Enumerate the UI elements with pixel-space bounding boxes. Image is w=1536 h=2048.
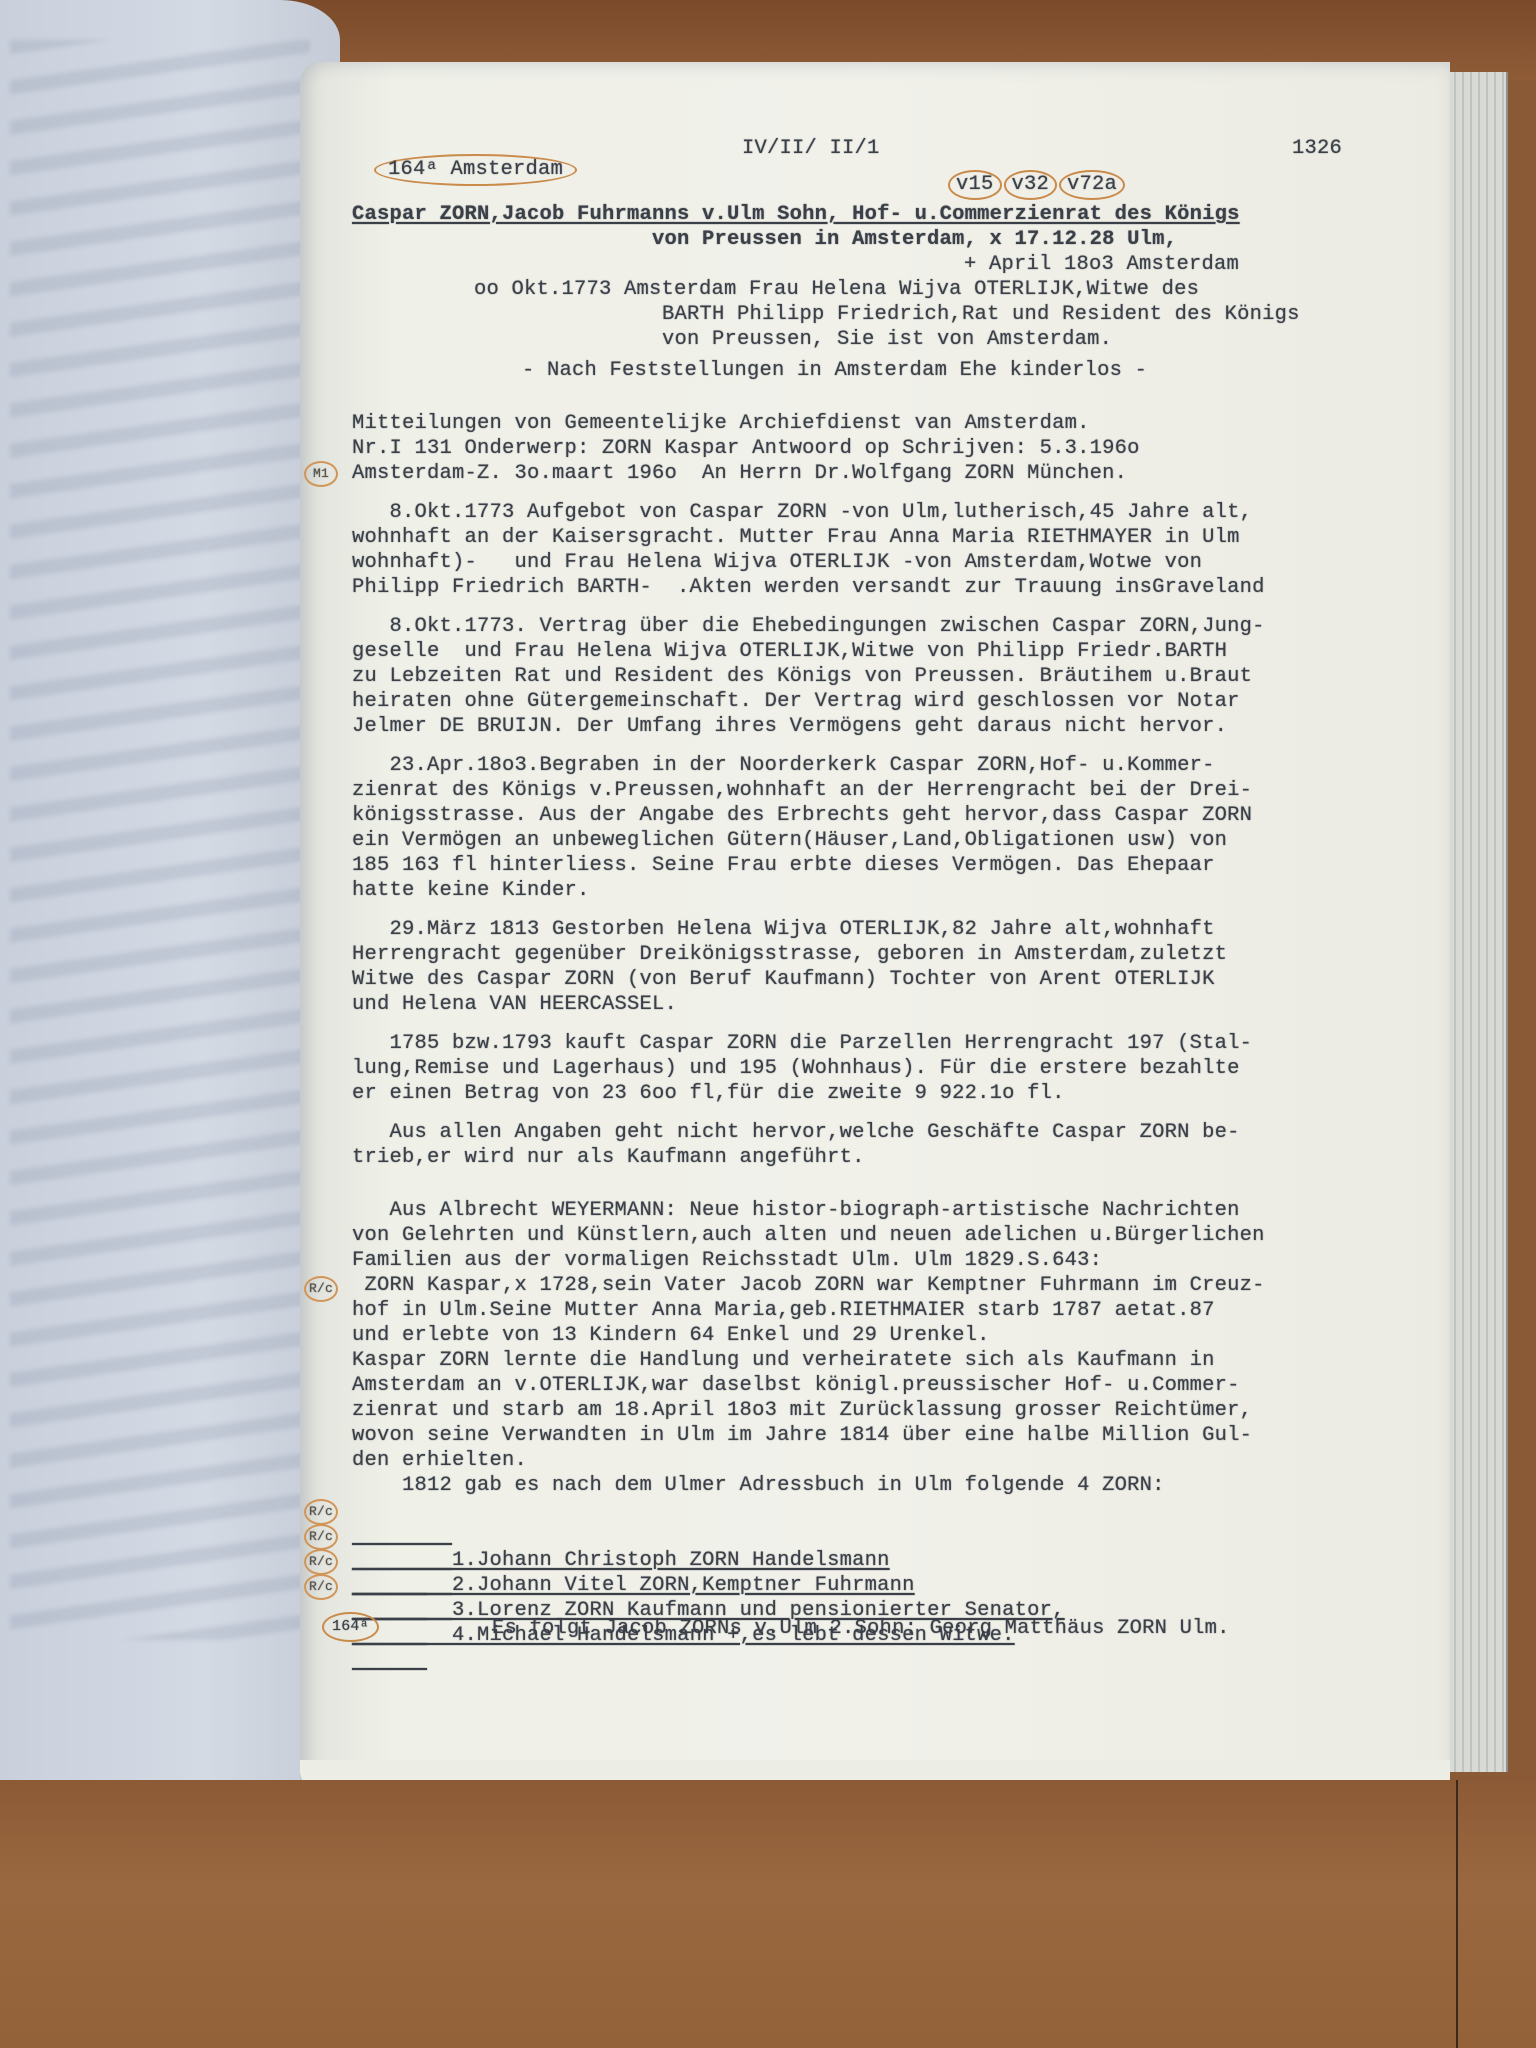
- paragraph-gestorben: 29.März 1813 Gestorben Helena Wijva OTER…: [352, 917, 1442, 1017]
- text-line: 185 163 fl hinterliess. Seine Frau erbte…: [352, 853, 1442, 878]
- reference-code: IV/II/ II/1: [742, 136, 880, 161]
- text-line: Witwe des Caspar ZORN (von Beruf Kaufman…: [352, 967, 1442, 992]
- text-line: zienrat des Königs v.Preussen,wohnhaft a…: [352, 778, 1442, 803]
- text-line: wohnhaft)- und Frau Helena Wijva OTERLIJ…: [352, 550, 1442, 575]
- archive-line: Mitteilungen von Gemeentelijke Archiefdi…: [352, 411, 1442, 436]
- text-line: lung,Remise und Lagerhaus) und 195 (Wohn…: [352, 1056, 1442, 1081]
- footer-text: Es folgt Jacob ZORNs v.Ulm 2.Sohn: Georg…: [492, 1616, 1230, 1641]
- version-mark: v15: [948, 170, 1002, 200]
- paragraph-begraben: 23.Apr.18o3.Begraben in der Noorderkerk …: [352, 753, 1442, 903]
- text-line: Amsterdam an v.OTERLIJK,war daselbst kön…: [352, 1373, 1442, 1398]
- paragraph-aufgebot: 8.Okt.1773 Aufgebot von Caspar ZORN -von…: [352, 500, 1442, 600]
- list-item: R/c 2.Johann Vitel ZORN,Kemptner Fuhrman…: [352, 1523, 1442, 1548]
- text-line: trieb,er wird nur als Kaufmann angeführt…: [352, 1145, 1442, 1170]
- text-line: Aus allen Angaben geht nicht hervor,welc…: [352, 1120, 1442, 1145]
- margin-mark: R/c: [304, 1524, 338, 1550]
- left-page-bleed-text: [10, 40, 310, 1640]
- archive-line: Nr.I 131 Onderwerp: ZORN Kaspar Antwoord…: [352, 436, 1442, 461]
- text-line: 29.März 1813 Gestorben Helena Wijva OTER…: [352, 917, 1442, 942]
- text-line: Aus Albrecht WEYERMANN: Neue histor-biog…: [352, 1198, 1442, 1223]
- page-number: 1326: [1292, 136, 1342, 161]
- archive-line: Amsterdam-Z. 3o.maart 196o An Herrn Dr.W…: [352, 461, 1442, 486]
- version-marks: v15v32v72a: [948, 170, 1442, 202]
- text-line: hatte keine Kinder.: [352, 878, 1442, 903]
- archive-block: M1 Mitteilungen von Gemeentelijke Archie…: [352, 411, 1442, 486]
- adressbuch-intro: 1812 gab es nach dem Ulmer Adressbuch in…: [352, 1473, 1442, 1498]
- list-item: R/c 4.Michael Handelsmann +,es lebt dess…: [352, 1573, 1442, 1598]
- page-edges: [1440, 72, 1508, 1772]
- text-line: Jelmer DE BRUIJN. Der Umfang ihres Vermö…: [352, 714, 1442, 739]
- text-line: heiraten ohne Gütergemeinschaft. Der Ver…: [352, 689, 1442, 714]
- text-line: zu Lebzeiten Rat und Resident des Königs…: [352, 664, 1442, 689]
- entry-label: 164ᵃ Amsterdam: [374, 154, 577, 186]
- typed-document: IV/II/ II/1 1326 164ᵃ Amsterdam v15v32v7…: [352, 130, 1442, 1642]
- margin-mark: R/c: [304, 1499, 338, 1525]
- paragraph-vertrag: 8.Okt.1773. Vertrag über die Ehebedingun…: [352, 614, 1442, 739]
- text-line: 1785 bzw.1793 kauft Caspar ZORN die Parz…: [352, 1031, 1442, 1056]
- text-line: wovon seine Verwandten in Ulm im Jahre 1…: [352, 1423, 1442, 1448]
- footer-line: 164ᵃ Es folgt Jacob ZORNs v.Ulm 2.Sohn: …: [352, 1612, 1442, 1642]
- text-line: zienrat und starb am 18.April 18o3 mit Z…: [352, 1398, 1442, 1423]
- text-line: wohnhaft an der Kaisersgracht. Mutter Fr…: [352, 525, 1442, 550]
- margin-mark: R/c: [304, 1549, 338, 1575]
- list-item: R/c 1.Johann Christoph ZORN Handelsmann: [352, 1498, 1442, 1523]
- version-mark: v32: [1004, 170, 1058, 200]
- text-line: 23.Apr.18o3.Begraben in der Noorderkerk …: [352, 753, 1442, 778]
- text-line: den erhielten.: [352, 1448, 1442, 1473]
- text-line: von Gelehrten und Künstlern,auch alten u…: [352, 1223, 1442, 1248]
- marriage-line: von Preussen, Sie ist von Amsterdam.: [352, 327, 1442, 352]
- version-mark: v72a: [1059, 170, 1125, 200]
- text-line: er einen Betrag von 23 6oo fl,für die zw…: [352, 1081, 1442, 1106]
- childless-note: - Nach Feststellungen in Amsterdam Ehe k…: [352, 358, 1442, 383]
- text-line: ein Vermögen an unbeweglichen Gütern(Häu…: [352, 828, 1442, 853]
- table-seam: [1456, 1780, 1458, 2048]
- footer-entry-label: 164ᵃ: [322, 1612, 379, 1642]
- text-line: und erlebte von 13 Kindern 64 Enkel und …: [352, 1323, 1442, 1348]
- text-line: Philipp Friedrich BARTH- .Akten werden v…: [352, 575, 1442, 600]
- title-line: von Preussen in Amsterdam, x 17.12.28 Ul…: [352, 227, 1442, 252]
- text-line: 8.Okt.1773. Vertrag über die Ehebedingun…: [352, 614, 1442, 639]
- text-line: und Helena VAN HEERCASSEL.: [352, 992, 1442, 1017]
- text-line: königsstrasse. Aus der Angabe des Erbrec…: [352, 803, 1442, 828]
- margin-mark: R/c: [304, 1276, 338, 1302]
- margin-mark: R/c: [304, 1574, 338, 1600]
- text-line: 8.Okt.1773 Aufgebot von Caspar ZORN -von…: [352, 500, 1442, 525]
- marriage-line: BARTH Philipp Friedrich,Rat und Resident…: [352, 302, 1442, 327]
- paragraph-parzellen: 1785 bzw.1793 kauft Caspar ZORN die Parz…: [352, 1031, 1442, 1106]
- death-line: + April 18o3 Amsterdam: [352, 252, 1442, 277]
- paragraph-weyermann: R/c Aus Albrecht WEYERMANN: Neue histor-…: [352, 1198, 1442, 1473]
- text-line: ZORN Kaspar,x 1728,sein Vater Jacob ZORN…: [352, 1273, 1442, 1298]
- marriage-line: oo Okt.1773 Amsterdam Frau Helena Wijva …: [352, 277, 1442, 302]
- page-header: IV/II/ II/1 1326 164ᵃ Amsterdam: [352, 130, 1442, 164]
- title-line: Caspar ZORN,Jacob Fuhrmanns v.Ulm Sohn, …: [352, 202, 1442, 227]
- list-item: R/c 3.Lorenz ZORN Kaufmann und pensionie…: [352, 1548, 1442, 1573]
- margin-mark: M1: [304, 461, 338, 487]
- text-line: Herrengracht gegenüber Dreikönigsstrasse…: [352, 942, 1442, 967]
- text-line: hof in Ulm.Seine Mutter Anna Maria,geb.R…: [352, 1298, 1442, 1323]
- left-page-facing: [0, 0, 340, 2048]
- text-line: Kaspar ZORN lernte die Handlung und verh…: [352, 1348, 1442, 1373]
- paragraph-geschaefte: Aus allen Angaben geht nicht hervor,welc…: [352, 1120, 1442, 1170]
- adressbuch-list: R/c 1.Johann Christoph ZORN Handelsmann …: [352, 1498, 1442, 1598]
- adressbuch-section: 1812 gab es nach dem Ulmer Adressbuch in…: [352, 1473, 1442, 1598]
- text-line: geselle und Frau Helena Wijva OTERLIJK,W…: [352, 639, 1442, 664]
- table-surface-bottom: [0, 1780, 1536, 2048]
- text-line: Familien aus der vormaligen Reichsstadt …: [352, 1248, 1442, 1273]
